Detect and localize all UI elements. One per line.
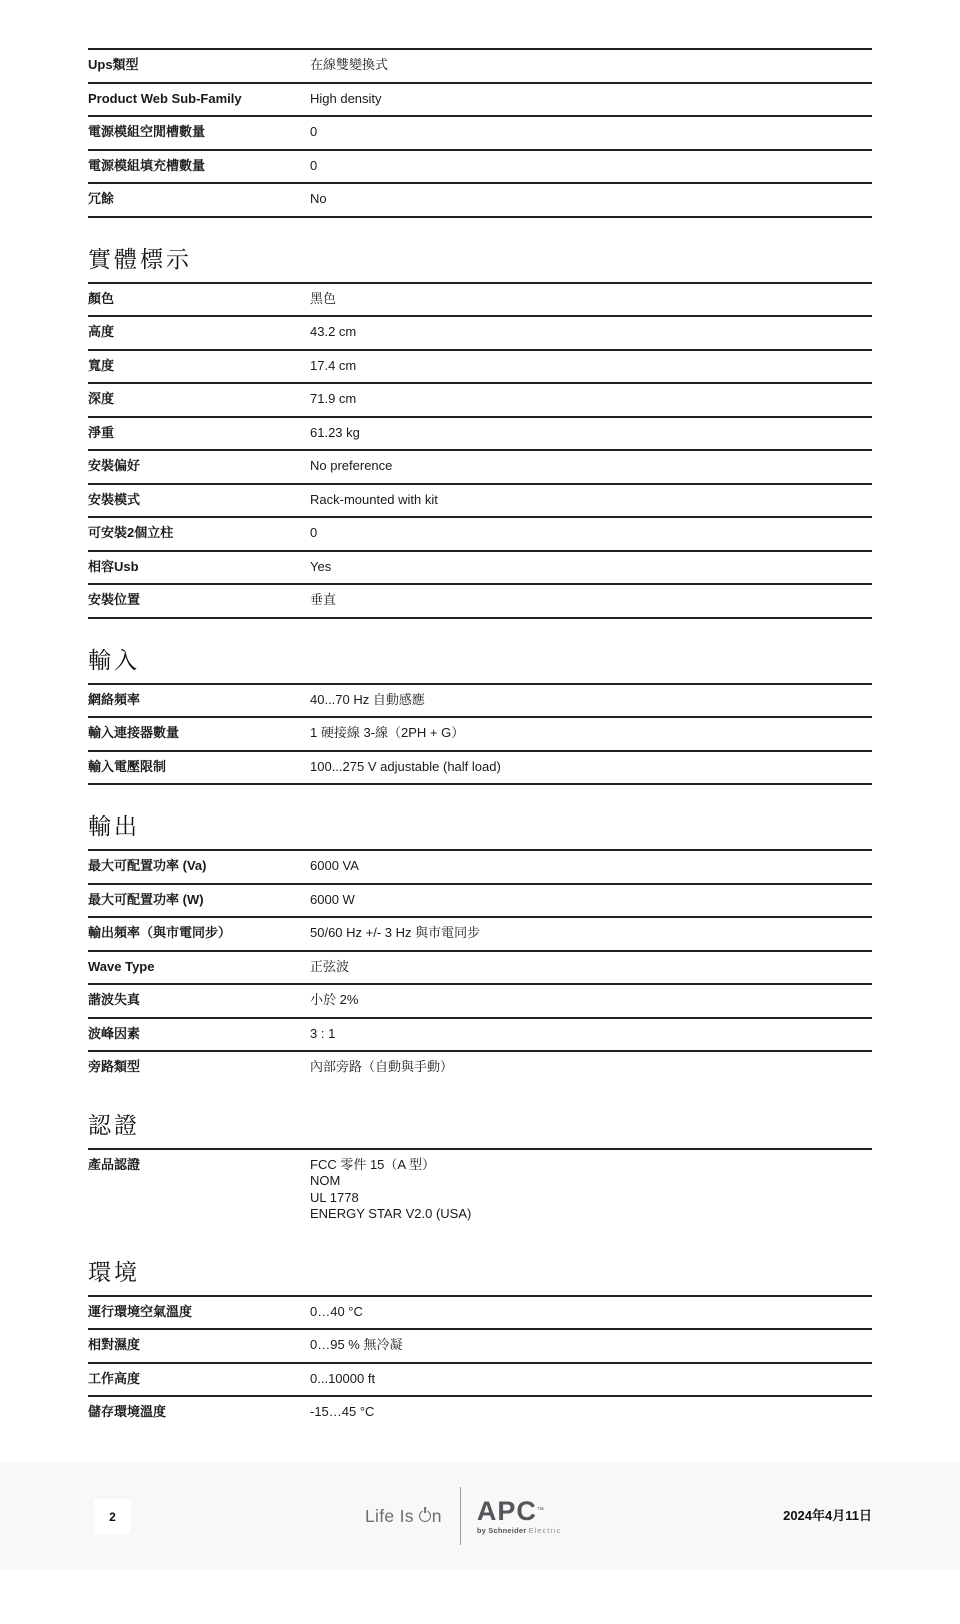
spec-row: 最大可配置功率 (W)6000 W: [88, 883, 872, 917]
spec-label: 安裝位置: [88, 592, 310, 609]
life-is-on-logo: Life Is n: [365, 1506, 442, 1527]
spec-row: Product Web Sub-FamilyHigh density: [88, 82, 872, 116]
spec-table: 網絡頻率40...70 Hz 自動感應輸入連接器數量1 硬接線 3-線（2PH …: [88, 685, 872, 786]
spec-value-line: 50/60 Hz +/- 3 Hz 與市電同步: [310, 925, 480, 942]
spec-label: 諧波失真: [88, 992, 310, 1009]
spec-value: No preference: [310, 458, 392, 475]
section-title: 環境: [88, 1254, 872, 1297]
spec-value-line: 71.9 cm: [310, 391, 356, 408]
spec-value: 100...275 V adjustable (half load): [310, 759, 501, 776]
spec-row: 諧波失真小於 2%: [88, 983, 872, 1017]
spec-table: 運行環境空氣溫度0…40 °C相對濕度0…95 % 無冷凝工作高度0...100…: [88, 1297, 872, 1429]
spec-label: 最大可配置功率 (Va): [88, 858, 310, 875]
spec-row: 安裝偏好No preference: [88, 449, 872, 483]
spec-row: 輸入電壓限制100...275 V adjustable (half load): [88, 750, 872, 784]
footer: 2 Life Is n APC™ by Schneider Electric 2…: [0, 1462, 960, 1570]
spec-value-line: 100...275 V adjustable (half load): [310, 759, 501, 776]
spec-label: 儲存環境溫度: [88, 1404, 310, 1421]
spec-value: 71.9 cm: [310, 391, 356, 408]
spec-label: 安裝模式: [88, 492, 310, 509]
spec-value: 1 硬接線 3-線（2PH + G）: [310, 725, 464, 742]
brand-logos: Life Is n APC™ by Schneider Electric: [365, 1484, 561, 1548]
spec-value: 61.23 kg: [310, 425, 360, 442]
spec-table: 產品認證FCC 零件 15（A 型）NOMUL 1778ENERGY STAR …: [88, 1150, 872, 1231]
spec-row: 輸入連接器數量1 硬接線 3-線（2PH + G）: [88, 716, 872, 750]
spec-row: 顏色黑色: [88, 284, 872, 316]
spec-label: 產品認證: [88, 1157, 310, 1223]
spec-value-line: 小於 2%: [310, 992, 358, 1009]
spec-value-line: 垂直: [310, 592, 336, 609]
spec-value: Yes: [310, 559, 331, 576]
page-number: 2: [94, 1499, 131, 1534]
spec-value-line: 0...10000 ft: [310, 1371, 375, 1388]
spec-value: 6000 W: [310, 892, 355, 909]
spec-row: 冗餘No: [88, 182, 872, 216]
spec-value: 0: [310, 525, 317, 542]
spec-value-line: FCC 零件 15（A 型）: [310, 1157, 471, 1174]
spec-label: 輸入連接器數量: [88, 725, 310, 742]
spec-label: 旁路類型: [88, 1059, 310, 1076]
spec-value-line: 0…40 °C: [310, 1304, 363, 1321]
spec-label: 高度: [88, 324, 310, 341]
spec-value: High density: [310, 91, 382, 108]
spec-value: 0…95 % 無冷凝: [310, 1337, 402, 1354]
spec-value-line: NOM: [310, 1173, 471, 1190]
spec-row: 輸出頻率（與市電同步）50/60 Hz +/- 3 Hz 與市電同步: [88, 916, 872, 950]
spec-value: 40...70 Hz 自動感應: [310, 692, 425, 709]
spec-value-line: 61.23 kg: [310, 425, 360, 442]
power-icon: [419, 1510, 431, 1522]
spec-value: 小於 2%: [310, 992, 358, 1009]
spec-tables: Ups類型在線雙變換式Product Web Sub-FamilyHigh de…: [88, 48, 872, 1429]
spec-value-line: Yes: [310, 559, 331, 576]
spec-table: 顏色黑色高度43.2 cm寬度17.4 cm深度71.9 cm淨重61.23 k…: [88, 284, 872, 619]
spec-row: 旁路類型內部旁路（自動與手動）: [88, 1050, 872, 1084]
spec-label: 相對濕度: [88, 1337, 310, 1354]
apc-trademark: ™: [537, 1507, 545, 1514]
spec-value: 內部旁路（自動與手動）: [310, 1059, 453, 1076]
spec-value: 在線雙變換式: [310, 57, 388, 74]
spec-value-line: 0…95 % 無冷凝: [310, 1337, 402, 1354]
spec-label: 輸入電壓限制: [88, 759, 310, 776]
spec-sheet-page: Ups類型在線雙變換式Product Web Sub-FamilyHigh de…: [88, 48, 872, 1429]
section-title: 認證: [88, 1107, 872, 1150]
spec-label: 深度: [88, 391, 310, 408]
page-number-label: 2: [109, 1510, 116, 1524]
spec-label: Product Web Sub-Family: [88, 91, 310, 108]
spec-value-line: No preference: [310, 458, 392, 475]
spec-value-line: 1 硬接線 3-線（2PH + G）: [310, 725, 464, 742]
spec-value-line: High density: [310, 91, 382, 108]
spec-value-line: 正弦波: [310, 959, 349, 976]
spec-row: 寬度17.4 cm: [88, 349, 872, 383]
spec-row: 可安裝2個立柱0: [88, 516, 872, 550]
spec-value-line: 在線雙變換式: [310, 57, 388, 74]
spec-value: 50/60 Hz +/- 3 Hz 與市電同步: [310, 925, 480, 942]
spec-value-line: Rack-mounted with kit: [310, 492, 438, 509]
electric-text: Electric: [529, 1526, 562, 1535]
spec-row: 電源模組空閒槽數量0: [88, 115, 872, 149]
spec-value: No: [310, 191, 327, 208]
spec-value: 17.4 cm: [310, 358, 356, 375]
spec-label: 波峰因素: [88, 1026, 310, 1043]
spec-value: 0: [310, 124, 317, 141]
spec-row: 工作高度0...10000 ft: [88, 1362, 872, 1396]
spec-value: 垂直: [310, 592, 336, 609]
apc-logo: APC™ by Schneider Electric: [477, 1498, 561, 1535]
spec-value-line: 43.2 cm: [310, 324, 356, 341]
apc-wordmark: APC™: [477, 1498, 545, 1524]
spec-row: 相對濕度0…95 % 無冷凝: [88, 1328, 872, 1362]
spec-row: 產品認證FCC 零件 15（A 型）NOMUL 1778ENERGY STAR …: [88, 1150, 872, 1231]
spec-value-line: 3 : 1: [310, 1026, 335, 1043]
spec-label: 冗餘: [88, 191, 310, 208]
spec-label: 輸出頻率（與市電同步）: [88, 925, 310, 942]
section-title: 輸出: [88, 808, 872, 851]
spec-value-line: 6000 VA: [310, 858, 359, 875]
spec-value-line: No: [310, 191, 327, 208]
spec-row: 波峰因素3 : 1: [88, 1017, 872, 1051]
spec-value: 0: [310, 158, 317, 175]
spec-label: 相容Usb: [88, 559, 310, 576]
spec-label: 寬度: [88, 358, 310, 375]
spec-value-line: 40...70 Hz 自動感應: [310, 692, 425, 709]
spec-value: 0...10000 ft: [310, 1371, 375, 1388]
spec-row: 運行環境空氣溫度0…40 °C: [88, 1297, 872, 1329]
spec-label: 工作高度: [88, 1371, 310, 1388]
by-schneider-text: by Schneider: [477, 1526, 527, 1535]
spec-table: Ups類型在線雙變換式Product Web Sub-FamilyHigh de…: [88, 48, 872, 218]
spec-label: Ups類型: [88, 57, 310, 74]
life-is-on-suffix: n: [432, 1506, 442, 1527]
spec-label: 網絡頻率: [88, 692, 310, 709]
spec-value-line: 0: [310, 124, 317, 141]
spec-value: 黑色: [310, 291, 336, 308]
spec-row: 深度71.9 cm: [88, 382, 872, 416]
spec-value: 43.2 cm: [310, 324, 356, 341]
spec-value-line: 6000 W: [310, 892, 355, 909]
spec-value-line: -15…45 °C: [310, 1404, 374, 1421]
spec-label: 可安裝2個立柱: [88, 525, 310, 542]
spec-label: 運行環境空氣溫度: [88, 1304, 310, 1321]
footer-date: 2024年4月11日: [783, 1505, 872, 1524]
spec-value: FCC 零件 15（A 型）NOMUL 1778ENERGY STAR V2.0…: [310, 1157, 471, 1223]
spec-row: 最大可配置功率 (Va)6000 VA: [88, 851, 872, 883]
spec-label: 淨重: [88, 425, 310, 442]
spec-value-line: 0: [310, 525, 317, 542]
spec-value-line: 內部旁路（自動與手動）: [310, 1059, 453, 1076]
spec-value: 3 : 1: [310, 1026, 335, 1043]
spec-row: 儲存環境溫度-15…45 °C: [88, 1395, 872, 1429]
apc-text: APC: [477, 1496, 537, 1526]
spec-label: 顏色: [88, 291, 310, 308]
spec-value-line: 17.4 cm: [310, 358, 356, 375]
spec-value-line: 黑色: [310, 291, 336, 308]
apc-subtitle: by Schneider Electric: [477, 1526, 561, 1535]
spec-row: Wave Type正弦波: [88, 950, 872, 984]
spec-label: 電源模組空閒槽數量: [88, 124, 310, 141]
spec-value-line: UL 1778: [310, 1190, 471, 1207]
spec-row: 安裝位置垂直: [88, 583, 872, 617]
spec-label: 最大可配置功率 (W): [88, 892, 310, 909]
spec-value: -15…45 °C: [310, 1404, 374, 1421]
spec-label: Wave Type: [88, 959, 310, 976]
spec-row: 安裝模式Rack-mounted with kit: [88, 483, 872, 517]
spec-value: 6000 VA: [310, 858, 359, 875]
spec-row: 淨重61.23 kg: [88, 416, 872, 450]
spec-row: 電源模組填充槽數量0: [88, 149, 872, 183]
spec-row: Ups類型在線雙變換式: [88, 48, 872, 82]
spec-table: 最大可配置功率 (Va)6000 VA最大可配置功率 (W)6000 W輸出頻率…: [88, 851, 872, 1084]
spec-value: 正弦波: [310, 959, 349, 976]
section-title: 輸入: [88, 642, 872, 685]
spec-row: 網絡頻率40...70 Hz 自動感應: [88, 685, 872, 717]
spec-value-line: ENERGY STAR V2.0 (USA): [310, 1206, 471, 1223]
life-is-on-text: Life Is: [365, 1506, 414, 1527]
spec-row: 相容UsbYes: [88, 550, 872, 584]
spec-row: 高度43.2 cm: [88, 315, 872, 349]
section-title: 實體標示: [88, 241, 872, 284]
spec-value: 0…40 °C: [310, 1304, 363, 1321]
spec-label: 安裝偏好: [88, 458, 310, 475]
logo-divider: [460, 1487, 461, 1545]
spec-label: 電源模組填充槽數量: [88, 158, 310, 175]
spec-value: Rack-mounted with kit: [310, 492, 438, 509]
spec-value-line: 0: [310, 158, 317, 175]
